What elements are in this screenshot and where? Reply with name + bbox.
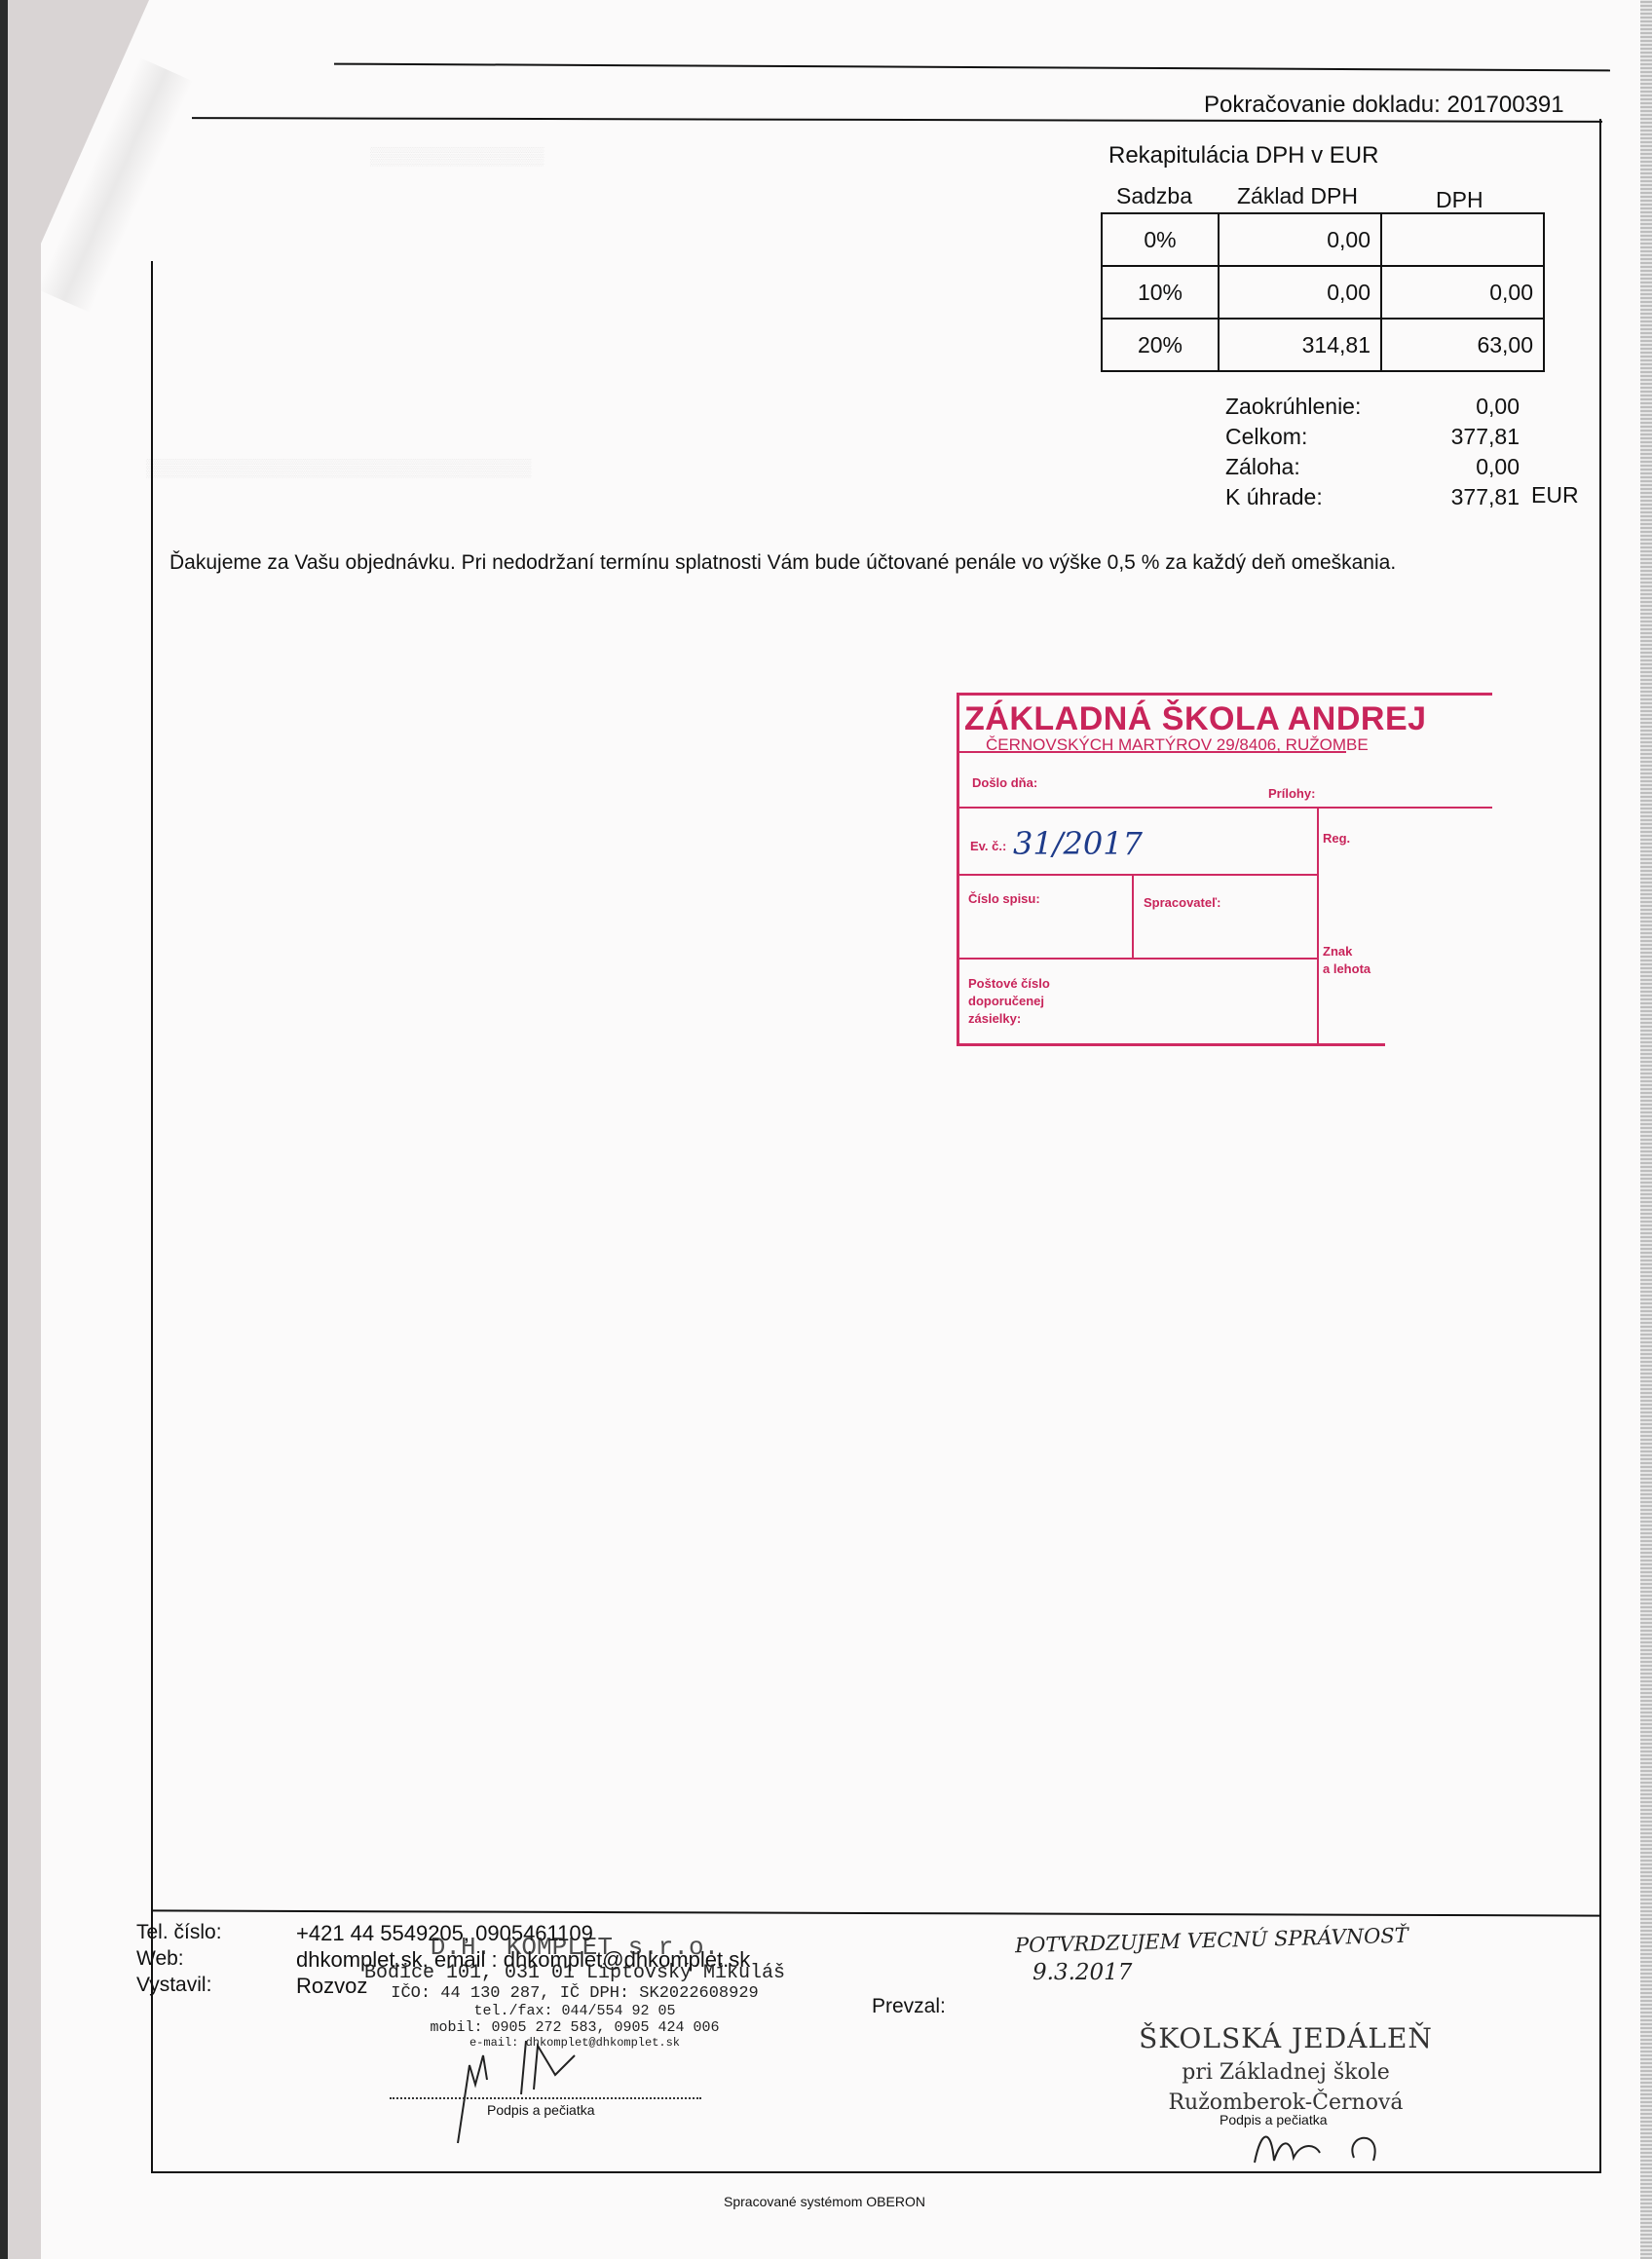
company-telfax: tel./fax: 044/554 92 05 — [331, 2003, 818, 2019]
attachments-label: Prílohy: — [1268, 786, 1315, 801]
totals-values: 0,00 377,81 0,00 377,81 — [1403, 392, 1520, 512]
vat-amount: 0,00 — [1381, 266, 1544, 319]
phone-label: Tel. číslo: — [136, 1921, 222, 1944]
received-by-label: Prevzal: — [872, 1995, 946, 2018]
handwritten-date: 9.3.2017 — [1032, 1960, 1132, 1985]
show-through-text: ▒▒▒▒▒▒▒▒▒▒▒▒▒▒▒▒▒▒▒▒▒▒▒▒▒▒▒▒▒▒▒ — [146, 458, 531, 478]
company-stamp: D.H. KOMPLET s.r.o. Bodice 101, 031 01 L… — [331, 1933, 818, 2050]
web-label: Web: — [136, 1947, 184, 1971]
processed-by: Spracované systémom OBERON — [724, 2194, 925, 2209]
rounding-value: 0,00 — [1403, 392, 1520, 422]
vat-amount: 63,00 — [1381, 319, 1544, 371]
vat-base: 0,00 — [1219, 266, 1381, 319]
due-value: 377,81 — [1403, 482, 1520, 512]
due-label: K úhrade: — [1225, 482, 1361, 512]
table-row: 10% 0,00 0,00 — [1102, 266, 1544, 319]
sign-label: Znak — [1323, 944, 1352, 959]
company-name: D.H. KOMPLET s.r.o. — [331, 1933, 818, 1962]
ev-number: 31/2017 — [1013, 825, 1143, 862]
school-stamp-line1: ŠKOLSKÁ JEDÁLEŇ — [1101, 2022, 1471, 2054]
deadline-label: a lehota — [1323, 961, 1370, 976]
table-row: 20% 314,81 63,00 — [1102, 319, 1544, 371]
vat-amount — [1381, 213, 1544, 266]
postal-number-label: Poštové číslo doporučenej zásielky: — [968, 975, 1075, 1028]
total-label: Celkom: — [1225, 422, 1361, 452]
registry-stamp: ZÁKLADNÁ ŠKOLA ANDREJ ČERNOVSKÝCH MARTÝR… — [957, 693, 1492, 1045]
vat-base: 0,00 — [1219, 213, 1381, 266]
scan-edge-right — [1640, 0, 1652, 2259]
received-label: Došlo dňa: — [972, 775, 1037, 790]
issuer-signature — [429, 2036, 584, 2163]
vat-recap-table: 0% 0,00 10% 0,00 0,00 20% 314,81 63,00 — [1101, 212, 1545, 372]
company-mobile: mobil: 0905 272 583, 0905 424 006 — [331, 2019, 818, 2036]
school-stamp: ŠKOLSKÁ JEDÁLEŇ pri Základnej škole Ružo… — [1101, 2022, 1471, 2115]
col-base-header: Základ DPH — [1237, 183, 1358, 209]
issued-by-label: Vystavil: — [136, 1974, 211, 1997]
vat-rate: 10% — [1102, 266, 1219, 319]
deposit-label: Záloha: — [1225, 452, 1361, 482]
currency: EUR — [1531, 482, 1579, 508]
signature-label: Podpis a pečiatka — [487, 2102, 595, 2118]
scan-edge — [0, 0, 8, 2259]
vat-rate: 0% — [1102, 213, 1219, 266]
file-number-label: Číslo spisu: — [968, 891, 1040, 906]
vat-base: 314,81 — [1219, 319, 1381, 371]
table-row: 0% 0,00 — [1102, 213, 1544, 266]
col-vat-header: DPH — [1436, 187, 1483, 213]
vat-rate: 20% — [1102, 319, 1219, 371]
document-title: Pokračovanie dokladu: 201700391 — [1204, 92, 1564, 119]
company-ids: IČO: 44 130 287, IČ DPH: SK2022608929 — [331, 1984, 818, 2003]
frame-left — [151, 261, 153, 2172]
deposit-value: 0,00 — [1403, 452, 1520, 482]
reg-label: Reg. — [1323, 831, 1350, 846]
col-rate-header: Sadzba — [1116, 183, 1192, 209]
stamp-address: ČERNOVSKÝCH MARTÝROV 29/8406, RUŽOMBE — [986, 735, 1369, 755]
fold-shadow — [37, 57, 194, 313]
ev-label: Ev. č.: — [970, 839, 1006, 853]
totals-labels: Zaokrúhlenie: Celkom: Záloha: K úhrade: — [1225, 392, 1361, 512]
stamp-school-name: ZÁKLADNÁ ŠKOLA ANDREJ — [964, 700, 1427, 738]
rounding-label: Zaokrúhlenie: — [1225, 392, 1361, 422]
total-value: 377,81 — [1403, 422, 1520, 452]
document-number: 201700391 — [1447, 92, 1564, 118]
signature-line — [390, 2097, 701, 2099]
show-through-text: ▒▒▒▒▒▒▒▒▒▒▒▒▒▒ — [370, 146, 544, 167]
payment-notice: Ďakujeme za Vašu objednávku. Pri nedodrž… — [169, 549, 1533, 577]
vat-recap-title: Rekapitulácia DPH v EUR — [1108, 142, 1378, 169]
processor-label: Spracovateľ: — [1144, 895, 1220, 910]
receiver-signature — [1247, 2124, 1422, 2172]
frame-right — [1599, 119, 1601, 2172]
company-address: Bodice 101, 031 01 Liptovský Mikuláš — [331, 1962, 818, 1984]
school-stamp-line2: pri Základnej škole — [1101, 2060, 1471, 2085]
